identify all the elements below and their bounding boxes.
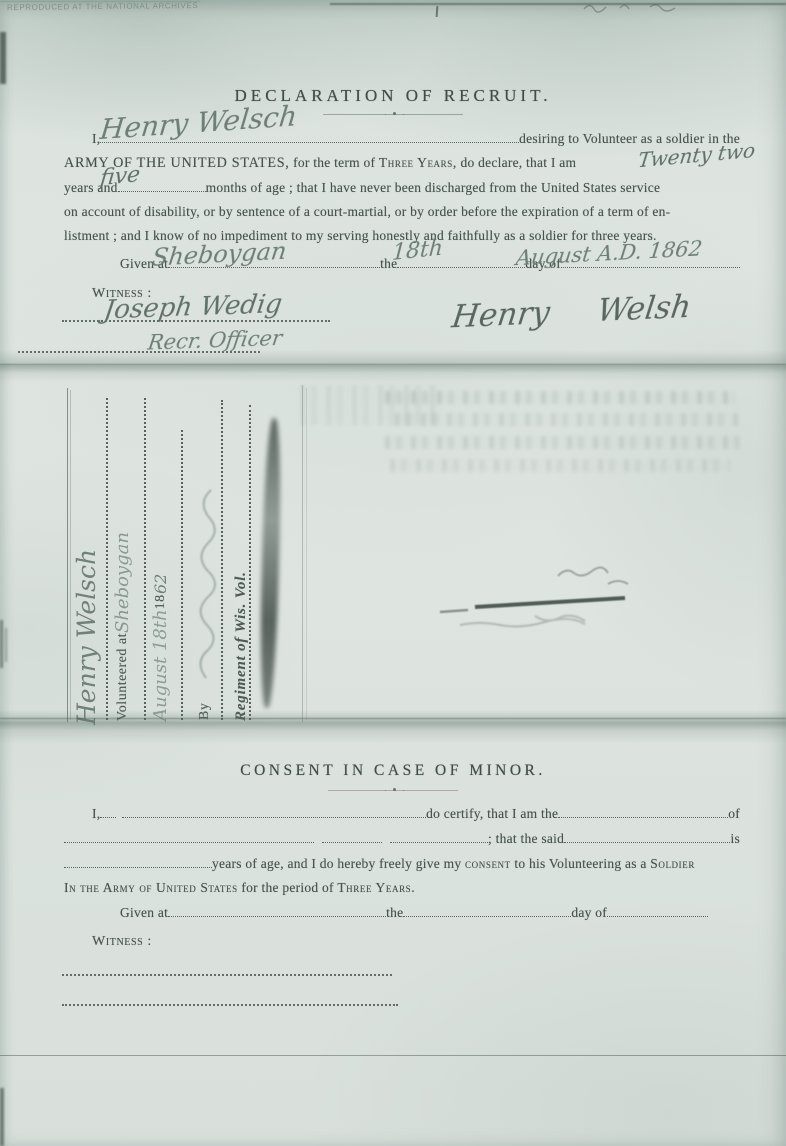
- consent-line3-soldier: Soldier: [650, 856, 695, 871]
- decl-line2-a: for the term of: [290, 155, 379, 170]
- docket-dotted-line-3: [181, 430, 183, 720]
- dotted-leader: [390, 841, 488, 843]
- dotted-leader: [122, 816, 426, 818]
- bleedthrough-row-3: [385, 436, 740, 449]
- archives-stamp: REPRODUCED AT THE NATIONAL ARCHIVES: [7, 1, 198, 12]
- top-fold-line: [330, 3, 786, 5]
- consent-line-4: In the Army of United States for the per…: [64, 880, 415, 896]
- dotted-leader: [564, 841, 730, 843]
- decl-line2-army: ARMY OF THE UNITED STATES,: [64, 155, 290, 171]
- dotted-leader: [561, 266, 740, 268]
- consent-witness-line-1: [62, 974, 392, 976]
- consent-line3-consent: consent: [465, 856, 511, 871]
- consent-line1-pre: I,: [92, 806, 100, 822]
- middle-fold-band: [0, 350, 786, 382]
- docket-name-column: Henry Welsch: [72, 455, 104, 725]
- docket-date-column: August 18th1862: [150, 415, 180, 721]
- consent-divider: [328, 788, 458, 792]
- dotted-leader: [118, 190, 206, 192]
- divider-ornament: [393, 112, 396, 115]
- docket-rule-right-2: [306, 388, 307, 720]
- consent-given-dayof: day of: [571, 905, 607, 921]
- consent-line-2: ; that the said is: [64, 831, 740, 847]
- docket-rule-right-1: [302, 385, 303, 722]
- docket-rule-left-1: [67, 388, 68, 722]
- hw-age-months: five: [99, 162, 142, 192]
- docket-hw-date: August 18th: [150, 609, 171, 721]
- docket-dotted-line-1: [106, 398, 108, 720]
- consent-given-line: Given at the day of: [120, 905, 708, 921]
- decl-line2-term: Three Years,: [379, 155, 457, 170]
- consent-line3-a: years of age, and I do hereby freely giv…: [212, 856, 465, 871]
- hw-recruit-signature: Henry Welsh: [450, 289, 694, 336]
- dotted-leader: [403, 915, 571, 917]
- hw-witness-signature: Joseph Wedig: [102, 289, 284, 325]
- consent-given-label: Given at: [120, 905, 168, 921]
- decl-line-5: listment ; and I know of no impediment t…: [64, 228, 657, 244]
- pencil-marks-top-right: [580, 0, 700, 20]
- docket-dotted-line-4: [221, 400, 223, 720]
- left-edge-mark-1: [0, 32, 6, 84]
- consent-title: CONSENT IN CASE OF MINOR.: [240, 762, 546, 780]
- consent-line-1: I, do certify, that I am the of: [92, 806, 740, 822]
- consent-line4-army: In the Army of United States: [64, 880, 238, 895]
- dotted-leader: [397, 266, 525, 268]
- second-fold-band: [0, 710, 786, 744]
- top-fold-line-left: [0, 1, 200, 2]
- dotted-leader: [322, 841, 382, 843]
- docket-regiment-column: Regiment of Wis. Vol.: [232, 425, 262, 721]
- dotted-leader: [607, 915, 708, 917]
- consent-line3-b: to his Volunteering as a: [511, 856, 651, 871]
- consent-line2-mid: ; that the said: [488, 831, 564, 847]
- consent-witness-line-2: [62, 1004, 398, 1006]
- consent-line4-b: for the period of: [238, 880, 338, 895]
- document-page: REPRODUCED AT THE NATIONAL ARCHIVES DECL…: [0, 0, 786, 1146]
- consent-line4-term: Three Years.: [337, 880, 415, 895]
- bleedthrough-row-2: [395, 413, 740, 426]
- dotted-leader: [64, 866, 212, 868]
- consent-line1-mid: do certify, that I am the: [426, 806, 558, 822]
- bleedthrough-patch: [300, 385, 440, 425]
- decl-line-3: years and months of age ; that I have ne…: [64, 180, 740, 196]
- decl-line-4: on account of disability, or by sentence…: [64, 204, 670, 220]
- dotted-leader: [558, 816, 728, 818]
- consent-given-the: the: [386, 905, 403, 921]
- top-center-tick: [436, 6, 439, 17]
- docket-rule-left-2: [70, 390, 71, 720]
- left-edge-mark-3: [5, 628, 7, 662]
- docket-volunteered-label: Volunteered at: [115, 633, 130, 721]
- bleedthrough-row-4: [390, 459, 730, 472]
- docket-regiment-label: Regiment of Wis. Vol.: [233, 571, 249, 721]
- consent-line2-end: is: [730, 831, 740, 847]
- docket-hw-by-squiggle: [188, 478, 218, 688]
- pencil-marks-middle: [440, 550, 700, 650]
- docket-dotted-line-2: [144, 398, 146, 720]
- dotted-leader: [100, 816, 116, 818]
- bottom-fold-line: [0, 1055, 786, 1056]
- declaration-divider: [323, 112, 463, 116]
- second-fold-line: [0, 718, 786, 719]
- left-edge-mark-2: [0, 620, 3, 668]
- consent-witness-label: Witness :: [92, 934, 152, 950]
- divider-ornament: [393, 788, 396, 791]
- decl-line3-b: months of age ; that I have never been d…: [206, 180, 661, 196]
- docket-hw-year: 62: [151, 574, 170, 594]
- docket-printed-18: 18: [153, 594, 168, 609]
- dotted-leader: [168, 915, 386, 917]
- middle-fold-line: [0, 364, 786, 365]
- consent-line-3: years of age, and I do hereby freely giv…: [64, 856, 695, 872]
- consent-line1-end: of: [728, 806, 740, 822]
- docket-hw-name: Henry Welsch: [72, 549, 101, 725]
- docket-volunteered-column: Volunteered atSheboygan: [112, 445, 140, 721]
- left-edge-mark-4: [0, 1088, 4, 1146]
- dotted-leader: [64, 841, 314, 843]
- docket-hw-place: Sheboygan: [112, 532, 133, 633]
- decl-line2-b: do declare, that I am: [457, 155, 576, 170]
